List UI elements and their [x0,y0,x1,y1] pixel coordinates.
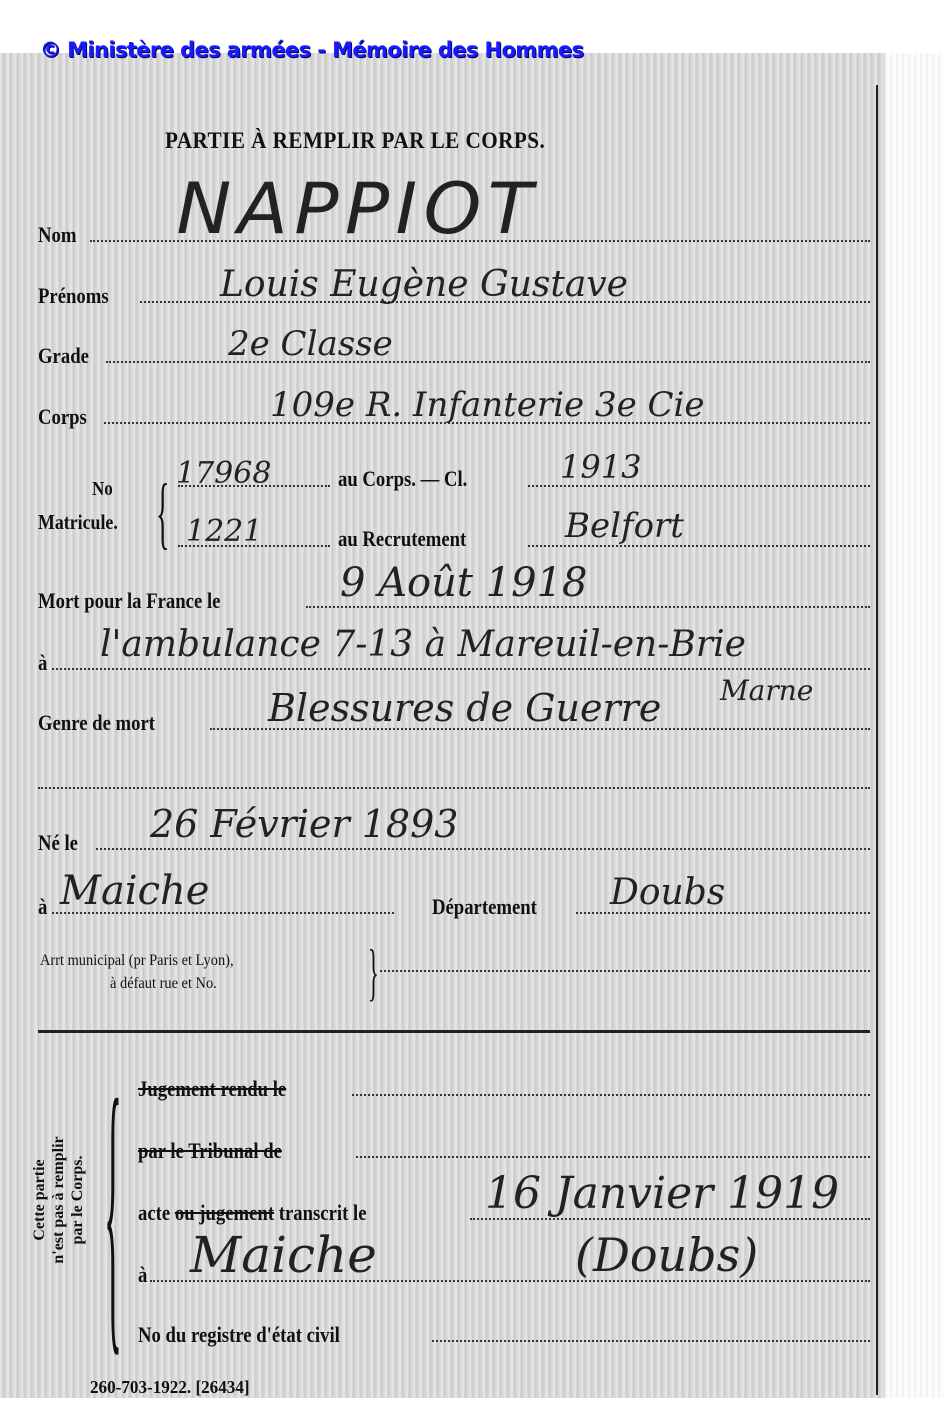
registre-label: No du registre d'état civil [138,1322,340,1348]
lieu-value: Maiche [190,1226,377,1284]
form-title: PARTIE À REMPLIR PAR LE CORPS. [165,128,545,154]
tribunal-line [356,1156,870,1158]
mort-le-line [306,606,870,608]
arr-municipal-label-1: Arrt municipal (pr Paris et Lyon), [40,952,234,970]
lieu-extra-value: (Doubs) [575,1228,758,1282]
recrutement-number-value: 1221 [186,514,262,549]
arr-municipal-brace: } [368,935,379,1009]
side-note-brace: { [104,1060,122,1360]
nom-value: NAPPIOT [176,168,538,250]
acte-label-wrap: acte ou jugement transcrit le [138,1200,366,1226]
side-note-line-1: Cette partie [30,1080,49,1320]
section-divider [38,1030,870,1033]
grade-label: Grade [38,343,89,369]
genre-de-mort-label: Genre de mort [38,710,155,736]
recrutement-place-value: Belfort [565,506,684,546]
au-recrutement-label: au Recrutement [338,526,466,552]
genre-de-mort-value: Blessures de Guerre [268,686,661,730]
footer-code: 260-703-1922. [26434] [90,1377,250,1398]
lieu-label: à [138,1262,147,1288]
ne-le-value: 26 Février 1893 [150,802,458,846]
mort-a-value: l'ambulance 7-13 à Mareuil-en-Brie [100,624,746,665]
au-corps-label: au Corps. — Cl. [338,466,467,492]
grade-value: 2e Classe [228,324,393,364]
jugement-rendu-line [352,1094,870,1096]
matricule-corps-line [178,485,330,487]
copyright-watermark: © Ministère des armées - Mémoire des Hom… [40,38,583,62]
arr-municipal-label-2: à défaut rue et No. [110,975,217,993]
jugement-rendu-label: Jugement rendu le [138,1076,286,1102]
matricule-label: Matricule. [38,510,118,535]
acte-value: 16 Janvier 1919 [485,1168,839,1219]
mort-a-label: à [38,650,47,676]
ne-a-value: Maiche [60,868,209,914]
blank-line [38,787,870,789]
right-border-rule [876,85,878,1395]
departement-label: Département [432,894,537,920]
tribunal-label: par le Tribunal de [138,1138,282,1164]
mort-a-extra-value: Marne [720,674,813,707]
prenoms-value: Louis Eugène Gustave [220,264,628,305]
matricule-brace: { [156,468,169,559]
transcrit-label: transcrit le [279,1200,367,1225]
side-note-line-3: par le Corps. [68,1080,87,1320]
ne-le-line [96,848,870,850]
mort-a-line [52,668,870,670]
ne-a-label: à [38,894,47,920]
ou-jugement-label: ou jugement [175,1200,274,1225]
grade-line [106,361,870,363]
scan-margin [885,53,944,1398]
acte-label: acte [138,1200,170,1225]
recrutement-number-line [178,545,330,547]
prenoms-label: Prénoms [38,283,109,309]
side-note: Cette partie n'est pas à remplir par le … [30,1080,87,1320]
corps-value: 109e R. Infanterie 3e Cie [270,385,705,425]
matricule-label-no: No [92,478,113,501]
ne-le-label: Né le [38,830,78,856]
departement-value: Doubs [610,872,725,913]
arr-municipal-line [380,970,870,972]
nom-label: Nom [38,222,76,248]
registre-line [432,1340,870,1342]
mort-le-label: Mort pour la France le [38,588,220,614]
classe-value: 1913 [560,448,641,486]
side-note-line-2: n'est pas à remplir [49,1080,68,1320]
mort-le-value: 9 Août 1918 [340,560,587,606]
corps-label: Corps [38,404,87,430]
